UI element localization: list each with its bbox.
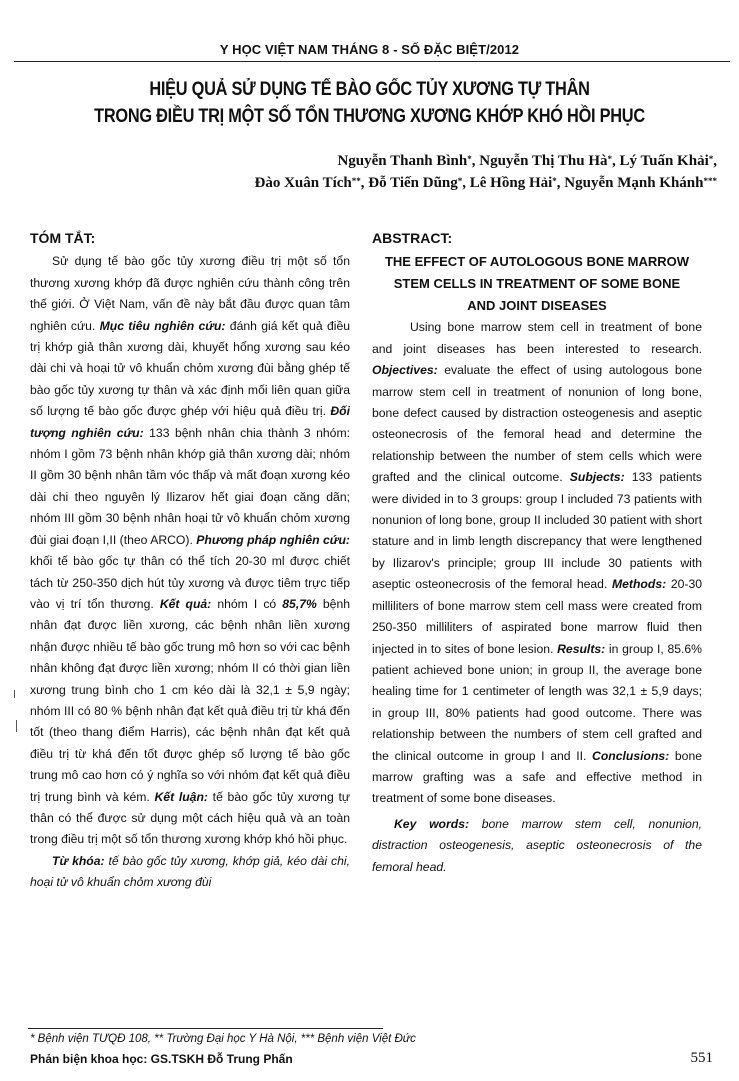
- label-keywords: Từ khóa:: [52, 854, 105, 868]
- affiliation-mark: ***: [704, 176, 718, 186]
- author-name: Đỗ Tiến Dũng: [368, 175, 457, 191]
- title-line-1: HIỆU QUẢ SỬ DỤNG TẾ BÀO GỐC TỦY XƯƠNG TỰ…: [52, 76, 688, 103]
- label-results: Results:: [557, 642, 605, 656]
- author-name: Lê Hồng Hải: [470, 175, 553, 191]
- label-objective: Mục tiêu nghiên cứu:: [100, 319, 226, 333]
- label-methods: Methods:: [612, 577, 666, 591]
- label-subjects: Subjects:: [570, 470, 625, 484]
- label-conclusions: Conclusions:: [592, 749, 669, 763]
- summary-paragraph: Sử dụng tế bào gốc tủy xương điều trị mộ…: [30, 251, 350, 850]
- abstract-paragraph: Using bone marrow stem cell in treatment…: [372, 317, 702, 809]
- label-keywords: Key words:: [394, 817, 469, 831]
- header-rule: [14, 61, 730, 62]
- affiliation-mark: *: [608, 154, 613, 164]
- section-heading: TÓM TẮT:: [30, 228, 350, 249]
- abstract-english: ABSTRACT: THE EFFECT OF AUTOLOGOUS BONE …: [372, 228, 702, 878]
- author-name: Nguyễn Thanh Bình: [337, 153, 467, 169]
- page-number: 551: [691, 1050, 714, 1067]
- author-name: Lý Tuấn Khải: [620, 153, 709, 169]
- affiliation-mark: *: [709, 154, 714, 164]
- article-title: HIỆU QUẢ SỬ DỤNG TẾ BÀO GỐC TỦY XƯƠNG TỰ…: [52, 76, 688, 130]
- body-text: Using bone marrow stem cell in treatment…: [372, 320, 702, 355]
- body-text: in group I, 85.6% patient achieved bone …: [372, 642, 702, 763]
- author-name: Nguyễn Mạnh Khánh: [564, 175, 703, 191]
- body-text: đánh giá kết quả điều trị khớp giả thân …: [30, 319, 350, 419]
- affiliations-footnote: * Bệnh viện TƯQĐ 108, ** Trường Đại học …: [30, 1033, 416, 1045]
- affiliation-mark: *: [467, 154, 472, 164]
- author-line-2: Đào Xuân Tích**, Đỗ Tiến Dũng*, Lê Hồng …: [97, 172, 717, 194]
- separator: ,: [612, 153, 620, 169]
- label-conclusion: Kết luận:: [155, 790, 208, 804]
- body-text: nhóm I có: [211, 597, 282, 611]
- footnote-rule: [28, 1028, 383, 1029]
- affiliation-mark: *: [552, 176, 557, 186]
- title-line-2: TRONG ĐIỀU TRỊ MỘT SỐ TỔN THƯƠNG XƯƠNG K…: [52, 103, 688, 130]
- abstract-title: THE EFFECT OF AUTOLOGOUS BONE MARROW STE…: [372, 251, 702, 317]
- separator: ,: [462, 175, 470, 191]
- result-percentage: 85,7%: [282, 597, 317, 611]
- label-methods: Phương pháp nghiên cứu:: [196, 533, 350, 547]
- author-list: Nguyễn Thanh Bình*, Nguyễn Thị Thu Hà*, …: [97, 150, 717, 194]
- body-text: 133 bệnh nhân chia thành 3 nhóm: nhóm I …: [30, 426, 350, 547]
- label-results: Kết quả:: [160, 597, 211, 611]
- affiliation-mark: *: [458, 176, 463, 186]
- running-head: Y HỌC VIỆT NAM THÁNG 8 - SỐ ĐẶC BIỆT/201…: [0, 42, 739, 57]
- scan-artifact: [16, 720, 17, 732]
- scan-artifact: [14, 690, 15, 698]
- separator: ,: [713, 153, 717, 169]
- keywords-paragraph: Từ khóa: tế bào gốc tủy xương, khớp giả,…: [30, 851, 350, 894]
- author-name: Đào Xuân Tích: [255, 175, 352, 191]
- summary-vietnamese: TÓM TẮT: Sử dụng tế bào gốc tủy xương đi…: [30, 228, 350, 894]
- body-text: 133 patients were divided in to 3 groups…: [372, 470, 702, 591]
- author-name: Nguyễn Thị Thu Hà: [479, 153, 607, 169]
- author-line-1: Nguyễn Thanh Bình*, Nguyễn Thị Thu Hà*, …: [97, 150, 717, 172]
- keywords-paragraph: Key words: bone marrow stem cell, nonuni…: [372, 814, 702, 878]
- affiliation-mark: **: [352, 176, 361, 186]
- body-text: bệnh nhân đạt được liền xương, các bệnh …: [30, 597, 350, 804]
- body-text: evaluate the effect of using autologous …: [372, 363, 702, 484]
- label-objectives: Objectives:: [372, 363, 438, 377]
- reviewer-note: Phản biện khoa học: GS.TSKH Đỗ Trung Phấ…: [30, 1052, 293, 1066]
- section-heading: ABSTRACT:: [372, 228, 702, 249]
